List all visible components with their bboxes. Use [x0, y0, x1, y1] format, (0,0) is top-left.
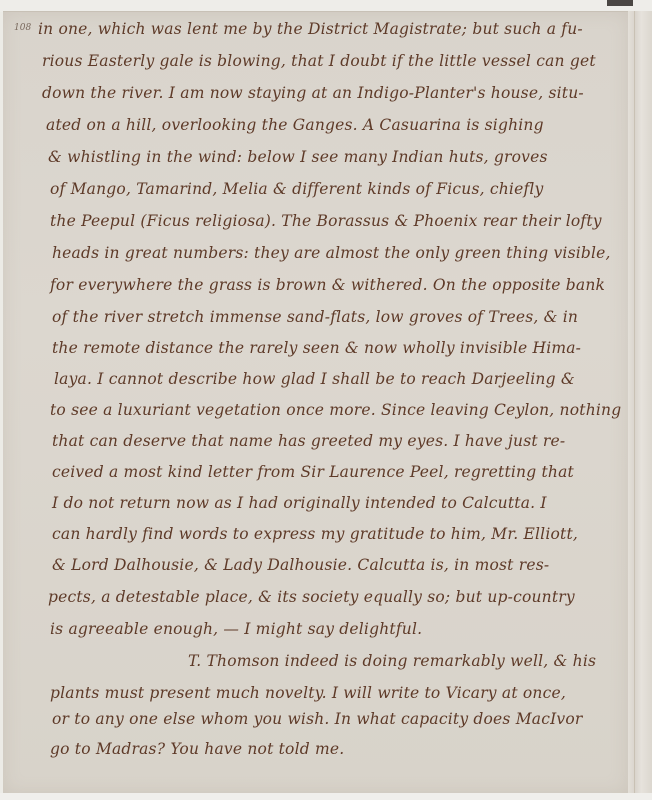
text-line: can hardly find words to express my grat… — [52, 525, 578, 543]
text-line: ceived a most kind letter from Sir Laure… — [52, 463, 574, 481]
page-binding-edge — [628, 11, 652, 793]
text-line: heads in great numbers: they are almost … — [52, 244, 611, 262]
text-line: I do not return now as I had originally … — [52, 494, 547, 512]
text-line: go to Madras? You have not told me. — [50, 740, 344, 758]
text-line: that can deserve that name has greeted m… — [52, 432, 565, 450]
text-line: laya. I cannot describe how glad I shall… — [54, 370, 575, 388]
text-line: the remote distance the rarely seen & no… — [52, 339, 581, 357]
scan-bottom-margin — [0, 793, 652, 800]
text-line: in one, which was lent me by the Distric… — [38, 20, 583, 38]
text-line: down the river. I am now staying at an I… — [42, 84, 584, 102]
text-line: plants must present much novelty. I will… — [50, 684, 566, 702]
binding-fold-line — [634, 11, 635, 793]
text-line: for everywhere the grass is brown & with… — [50, 276, 605, 294]
text-line: or to any one else whom you wish. In wha… — [52, 710, 583, 728]
text-line: of Mango, Tamarind, Melia & different ki… — [50, 180, 544, 198]
text-line: T. Thomson indeed is doing remarkably we… — [188, 652, 596, 670]
manuscript-scan: 108 in one, which was lent me by the Dis… — [0, 0, 652, 800]
binding-clip — [607, 0, 633, 6]
page-number: 108 — [14, 23, 31, 33]
text-line: pects, a detestable place, & its society… — [48, 588, 575, 606]
text-line: is agreeable enough, — I might say delig… — [50, 620, 422, 638]
text-line: the Peepul (Ficus religiosa). The Borass… — [50, 212, 602, 230]
text-line: rious Easterly gale is blowing, that I d… — [42, 52, 596, 70]
text-line: ated on a hill, overlooking the Ganges. … — [46, 116, 544, 134]
text-line: & Lord Dalhousie, & Lady Dalhousie. Calc… — [52, 556, 549, 574]
text-line: of the river stretch immense sand-flats,… — [52, 308, 578, 326]
text-line: to see a luxuriant vegetation once more.… — [50, 401, 621, 419]
text-line: & whistling in the wind: below I see man… — [48, 148, 548, 166]
